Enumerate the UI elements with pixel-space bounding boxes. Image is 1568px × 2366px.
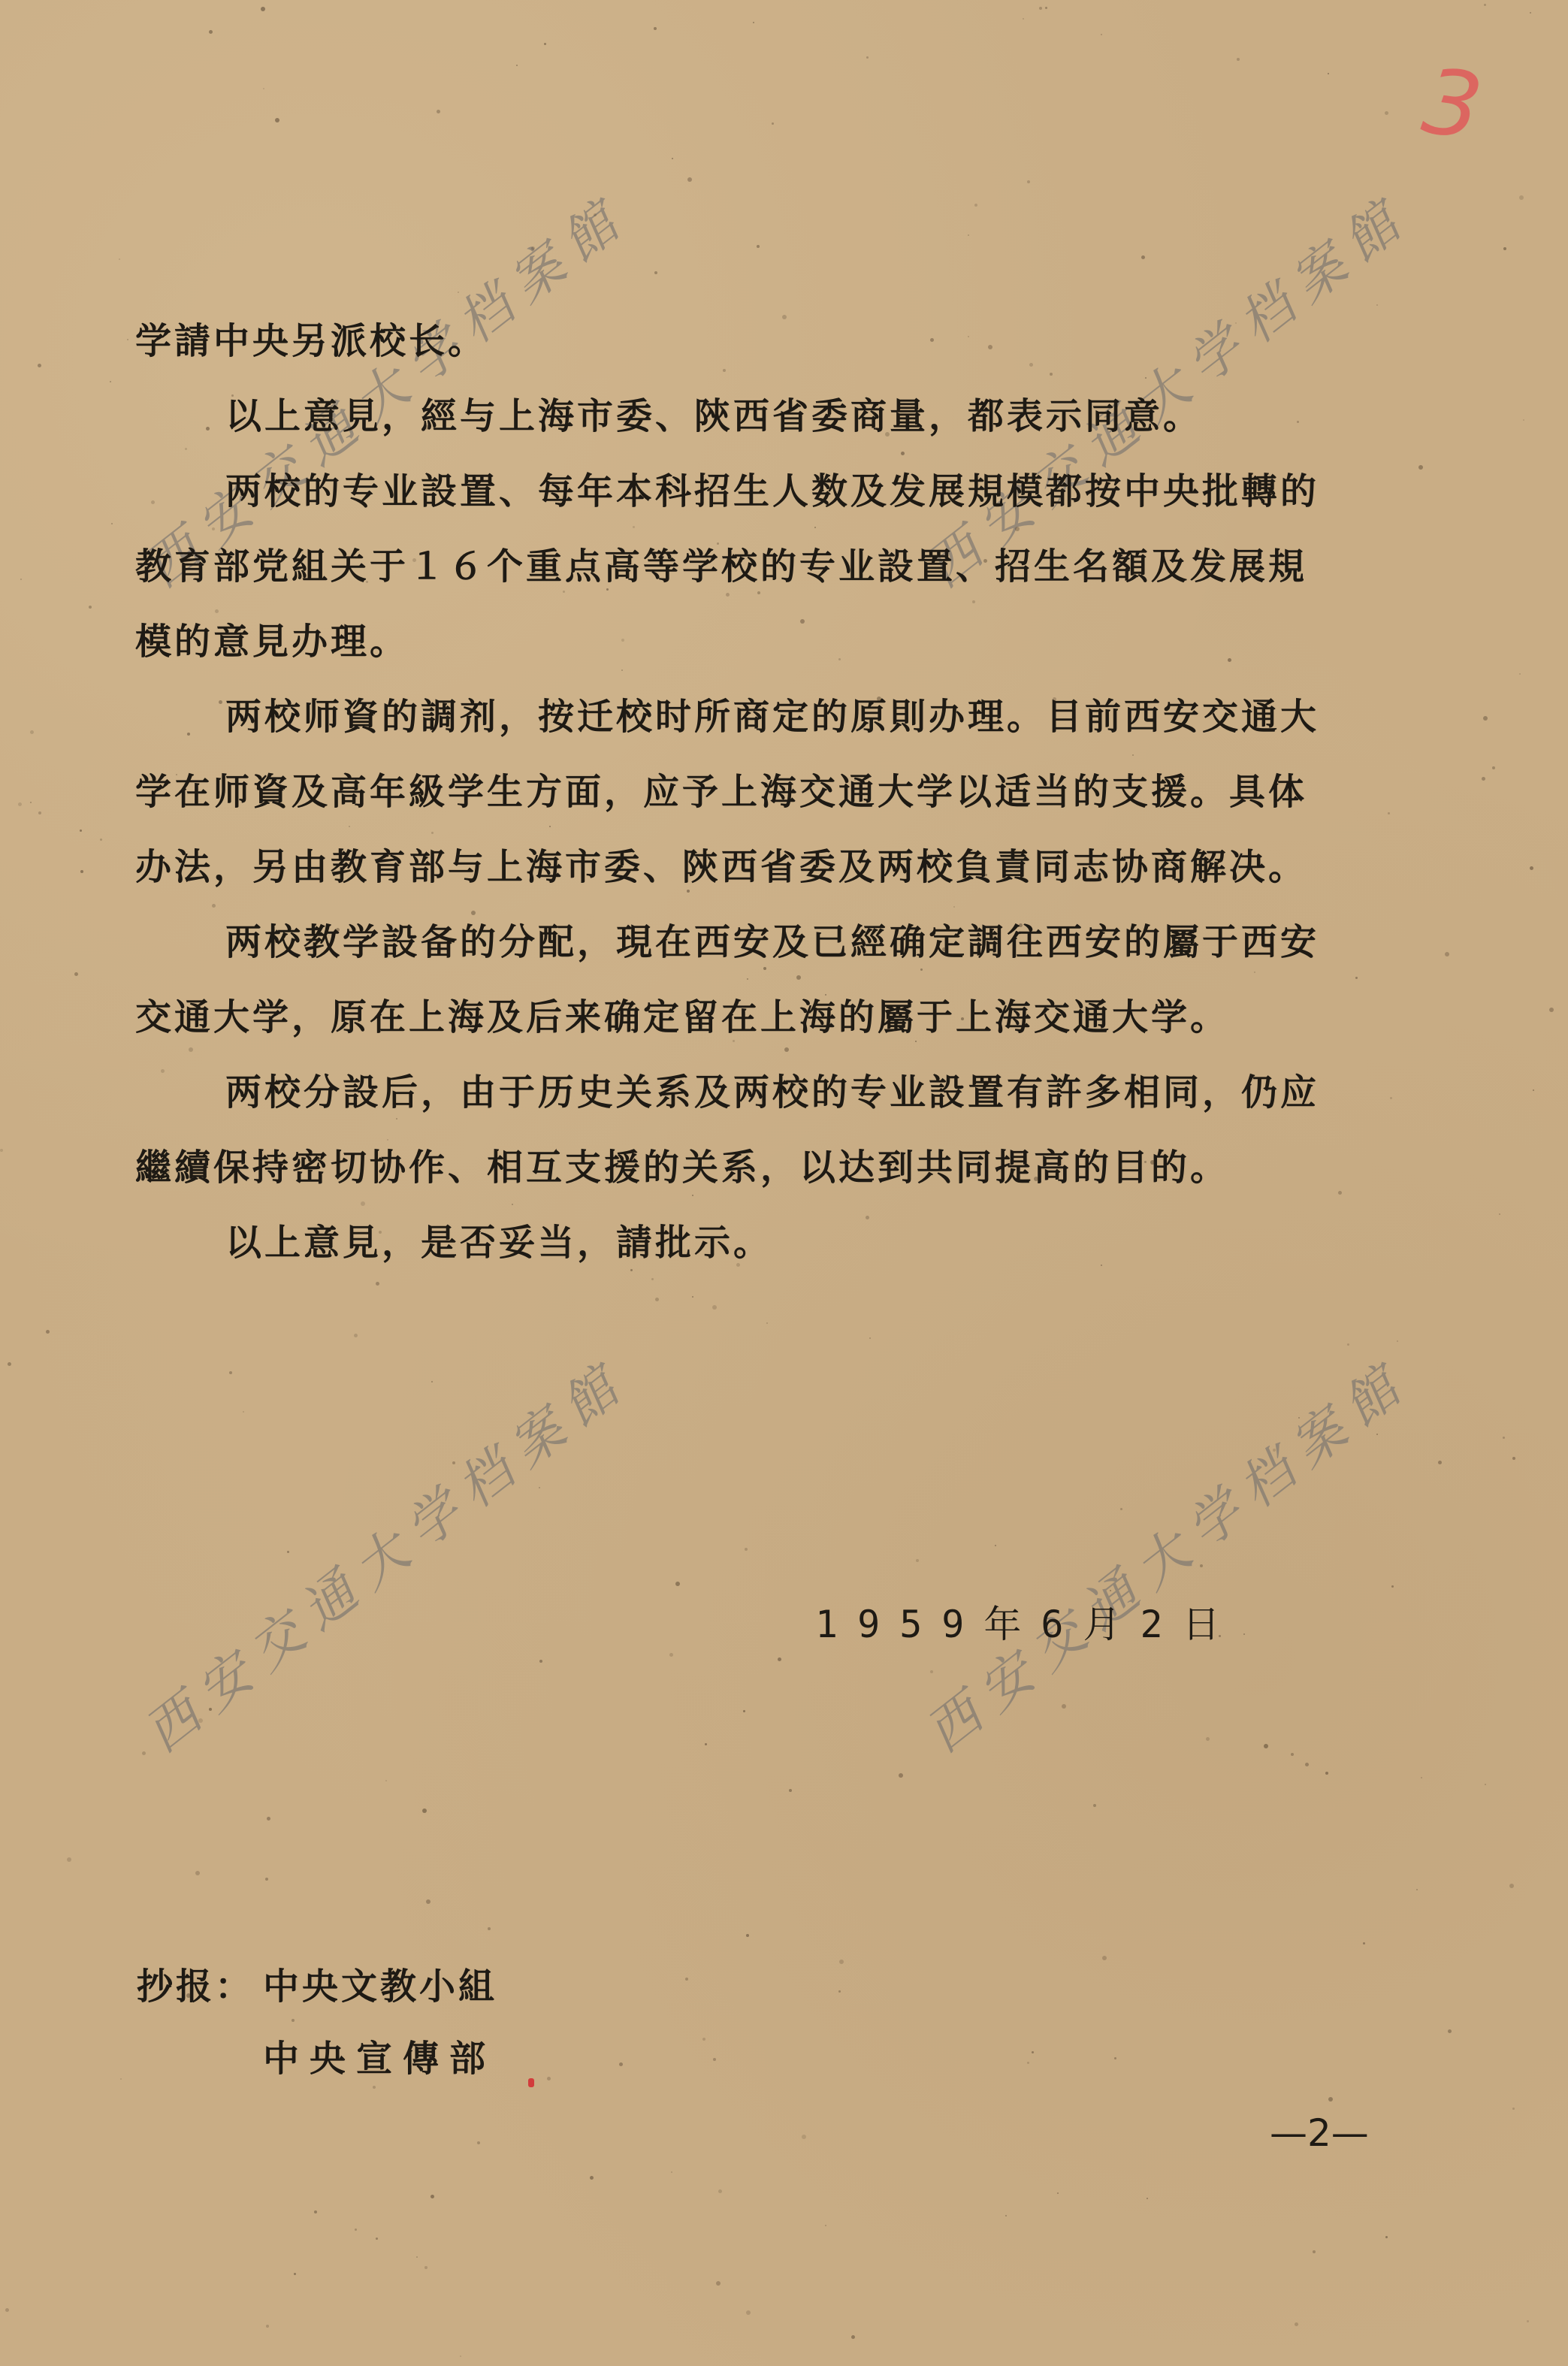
- folio-mark: 3: [1417, 49, 1488, 160]
- text-line: 以上意見，是否妥当，請批示。: [225, 1225, 772, 1261]
- document-date: 1959年6月2日: [815, 1594, 1240, 1648]
- text-line: 教育部党組关于１６个重点高等学校的专业設置、招生名額及发展規: [135, 548, 1307, 585]
- text-line: 模的意見办理。: [135, 624, 409, 660]
- archive-watermark: 西安交通大学档案館: [908, 176, 1423, 602]
- text-line: 两校师資的調剂，按迁校时所商定的原則办理。目前西安交通大: [225, 699, 1319, 735]
- document-page: 3 西安交通大学档案館 西安交通大学档案館 西安交通大学档案館 西安交通大学档案…: [0, 0, 1568, 2366]
- carbon-copy-block: 抄报：中央文教小組 中央宣傳部: [137, 1969, 497, 2113]
- text-line: 两校分設后，由于历史关系及两校的专业設置有許多相同，仍应: [225, 1074, 1319, 1110]
- text-line: 学在师資及高年級学生方面，应予上海交通大学以适当的支援。具体: [135, 774, 1307, 810]
- text-line: 学請中央另派校长。: [135, 323, 487, 359]
- cc-recipient: 中央文教小組: [263, 1969, 497, 2005]
- text-line: 繼續保持密切协作、相互支援的关系，以达到共同提高的目的。: [135, 1150, 1229, 1186]
- text-line: 以上意見，經与上海市委、陝西省委商量，都表示同意。: [225, 398, 1202, 434]
- cc-row: 抄报：中央文教小組: [137, 1969, 497, 2041]
- archive-watermark: 西安交通大学档案館: [908, 1340, 1423, 1766]
- cc-label: 抄报：: [137, 1969, 263, 2005]
- page-number: —2—: [1270, 2111, 1369, 2155]
- text-line: 交通大学，原在上海及后来确定留在上海的屬于上海交通大学。: [135, 999, 1229, 1035]
- text-line: 两校的专业設置、每年本科招生人数及发展規模都按中央批轉的: [225, 473, 1319, 509]
- cc-recipient: 中央宣傳部: [263, 2041, 496, 2077]
- red-ink-mark: [528, 2078, 534, 2087]
- text-line: 两校教学設备的分配，現在西安及已經确定調往西安的屬于西安: [225, 924, 1319, 960]
- archive-watermark: 西安交通大学档案館: [126, 176, 642, 602]
- text-line: 办法，另由教育部与上海市委、陝西省委及两校負責同志协商解决。: [135, 849, 1307, 885]
- archive-watermark: 西安交通大学档案館: [126, 1340, 642, 1766]
- cc-row: 中央宣傳部: [137, 2041, 497, 2113]
